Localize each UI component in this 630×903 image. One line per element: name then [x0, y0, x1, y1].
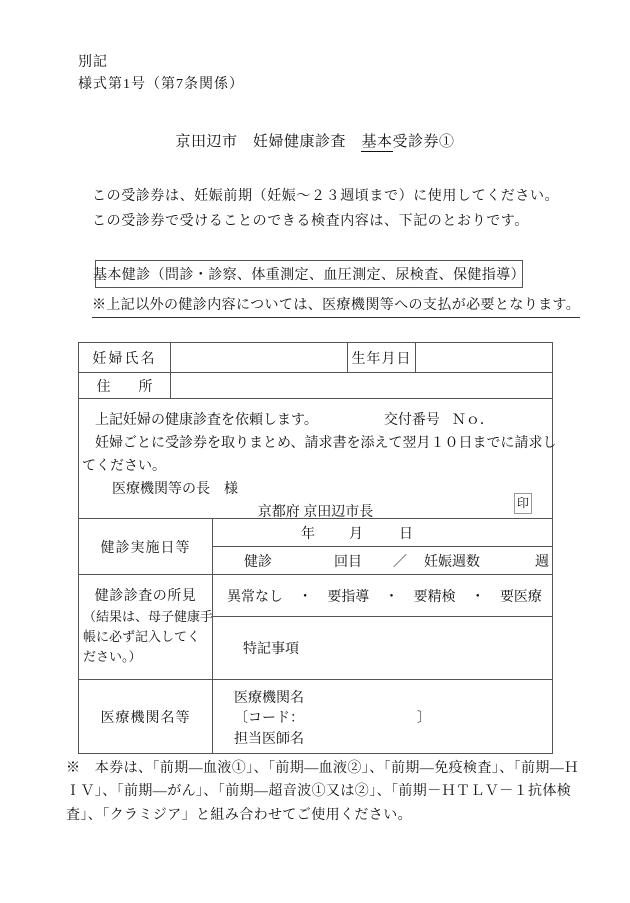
- visit-line: 健診回目／妊娠週数週: [213, 551, 552, 571]
- form-number: 様式第1号（第7条関係）: [78, 73, 244, 93]
- birthdate-value-cell: [416, 343, 553, 373]
- request-content: 上記妊婦の健康診査を依頼します。交付番号Ｎｏ． 妊婦ごとに受診券を取りまとめ、請…: [79, 399, 552, 518]
- option-medical-care-needed: 要医療: [500, 586, 542, 606]
- institution-cell: 医療機関名 〔コード：〕 担当医師名: [213, 680, 553, 754]
- findings-options: 異常なし ・ 要指導 ・ 要精検 ・ 要医療: [213, 586, 552, 606]
- title-underlined-part: 基本: [361, 134, 392, 152]
- year-label: 年: [301, 527, 315, 542]
- institution-name-label: 医療機関名: [234, 689, 552, 710]
- request-line-1: 上記妊婦の健康診査を依頼します。交付番号Ｎｏ．: [95, 409, 552, 432]
- option-no-abnormality: 異常なし: [227, 586, 283, 606]
- row-findings-1: 健診診査の所見 （結果は、母子健康手 帳に必ず記入してく ださい。） 異常なし …: [79, 575, 553, 617]
- row-request: 上記妊婦の健康診査を依頼します。交付番号Ｎｏ． 妊婦ごとに受診券を取りまとめ、請…: [79, 399, 553, 519]
- visit-count-cell: 健診回目／妊娠週数週: [213, 547, 553, 575]
- row-address: 住 所: [79, 373, 553, 399]
- weeks-unit: 週: [535, 555, 549, 570]
- grant-number-label: 交付番号: [384, 413, 440, 428]
- document-title: 京田辺市 妊婦健康診査 基本受診券①: [0, 130, 630, 151]
- title-suffix: 受診券①: [393, 134, 455, 150]
- annex-label: 別記: [78, 51, 108, 71]
- weeks-label: 妊娠週数: [424, 555, 480, 570]
- slash-separator: ／: [393, 555, 407, 570]
- option-detailed-exam-needed: 要精検: [414, 586, 456, 606]
- code-open-label: 〔コード：: [234, 711, 297, 726]
- date-line: 年月日: [213, 523, 552, 543]
- day-label: 日: [399, 527, 413, 542]
- findings-label-line2: （結果は、母子健康手: [79, 607, 212, 627]
- mother-name-label: 妊婦氏名: [79, 343, 171, 373]
- official-seal-mark: 印: [514, 493, 532, 514]
- basic-exam-box: 基本健診（問診・診察、体重測定、血圧測定、尿検査、保健指導）: [95, 260, 523, 288]
- option-separator: ・: [471, 586, 485, 606]
- mother-name-value-cell: [171, 343, 348, 373]
- request-text: 上記妊婦の健康診査を依頼します。: [95, 413, 318, 428]
- row-institution: 医療機関名等 医療機関名 〔コード：〕 担当医師名: [79, 680, 553, 754]
- findings-options-cell: 異常なし ・ 要指導 ・ 要精検 ・ 要医療: [213, 575, 553, 617]
- footer-note-line1: ※ 本券は、「前期―血液①」、「前期―血液②」、「前期―免疫検査」、「前期―Ｈ: [66, 757, 579, 780]
- voucher-document-page: 別記 様式第1号（第7条関係） 京田辺市 妊婦健康診査 基本受診券① この受診券…: [0, 0, 630, 903]
- request-line-2: 妊婦ごとに受診券を取りまとめ、請求書を添えて翌月１０日までに請求し: [95, 432, 552, 455]
- visit-unit: 回目: [334, 555, 362, 570]
- institution-row-label: 医療機関名等: [79, 680, 213, 754]
- row-mother-name: 妊婦氏名 生年月日: [79, 343, 553, 373]
- address-value-cell: [171, 373, 553, 399]
- option-guidance-needed: 要指導: [327, 586, 369, 606]
- month-label: 月: [349, 527, 363, 542]
- findings-label-line1: 健診診査の所見: [79, 587, 212, 607]
- footer-note-line2: ＩＶ」、「前期―がん」、「前期―超音波①又は②」、「前期－ＨＴＬＶ－１抗体検: [66, 780, 579, 803]
- request-cell: 上記妊婦の健康診査を依頼します。交付番号Ｎｏ． 妊婦ごとに受診券を取りまとめ、請…: [79, 399, 553, 519]
- title-prefix: 京田辺市 妊婦健康診査: [175, 134, 361, 150]
- findings-row-label: 健診診査の所見 （結果は、母子健康手 帳に必ず記入してく ださい。）: [79, 575, 213, 680]
- findings-label-line3: 帳に必ず記入してく: [79, 627, 212, 647]
- institution-code-line: 〔コード：〕: [234, 709, 552, 730]
- intro-line-1: この受診券は、妊娠前期（妊娠～２３週頃まで）に使用してください。: [92, 185, 559, 205]
- grant-number-value: Ｎｏ．: [452, 413, 494, 428]
- exam-note-underlined: ※上記以外の健診内容については、医療機関等への支払が必要となります。: [92, 294, 580, 318]
- remarks-label: 特記事項: [213, 638, 552, 658]
- institution-content: 医療機関名 〔コード：〕 担当医師名: [213, 683, 552, 751]
- voucher-form-table: 妊婦氏名 生年月日 住 所 上記妊婦の健康診査を依頼します。交付番号Ｎｏ． 妊婦…: [78, 342, 553, 754]
- doctor-name-label: 担当医師名: [234, 730, 552, 751]
- intro-line-2: この受診券で受けることのできる検査内容は、下記のとおりです。: [92, 210, 529, 230]
- remarks-cell: 特記事項: [213, 617, 553, 680]
- code-close-bracket: 〕: [417, 711, 431, 726]
- basic-exam-box-text: 基本健診（問診・診察、体重測定、血圧測定、尿検査、保健指導）: [93, 264, 525, 284]
- visit-label: 健診: [244, 555, 272, 570]
- addressee-line: 医療機関等の長 様: [112, 478, 552, 501]
- option-separator: ・: [298, 586, 312, 606]
- birthdate-label: 生年月日: [348, 343, 416, 373]
- exam-date-row-label: 健診実施日等: [79, 519, 213, 575]
- footer-note: ※ 本券は、「前期―血液①」、「前期―血液②」、「前期―免疫検査」、「前期―Ｈ …: [66, 757, 579, 827]
- findings-label-line4: ださい。）: [79, 647, 212, 667]
- issuer-line: 京都府 京田辺市長: [79, 501, 552, 524]
- footer-note-line3: 査」、「クラミジア」と組み合わせてご使用ください。: [66, 804, 579, 827]
- request-line-3: てください。: [82, 455, 552, 478]
- option-separator: ・: [384, 586, 398, 606]
- address-label: 住 所: [79, 373, 171, 399]
